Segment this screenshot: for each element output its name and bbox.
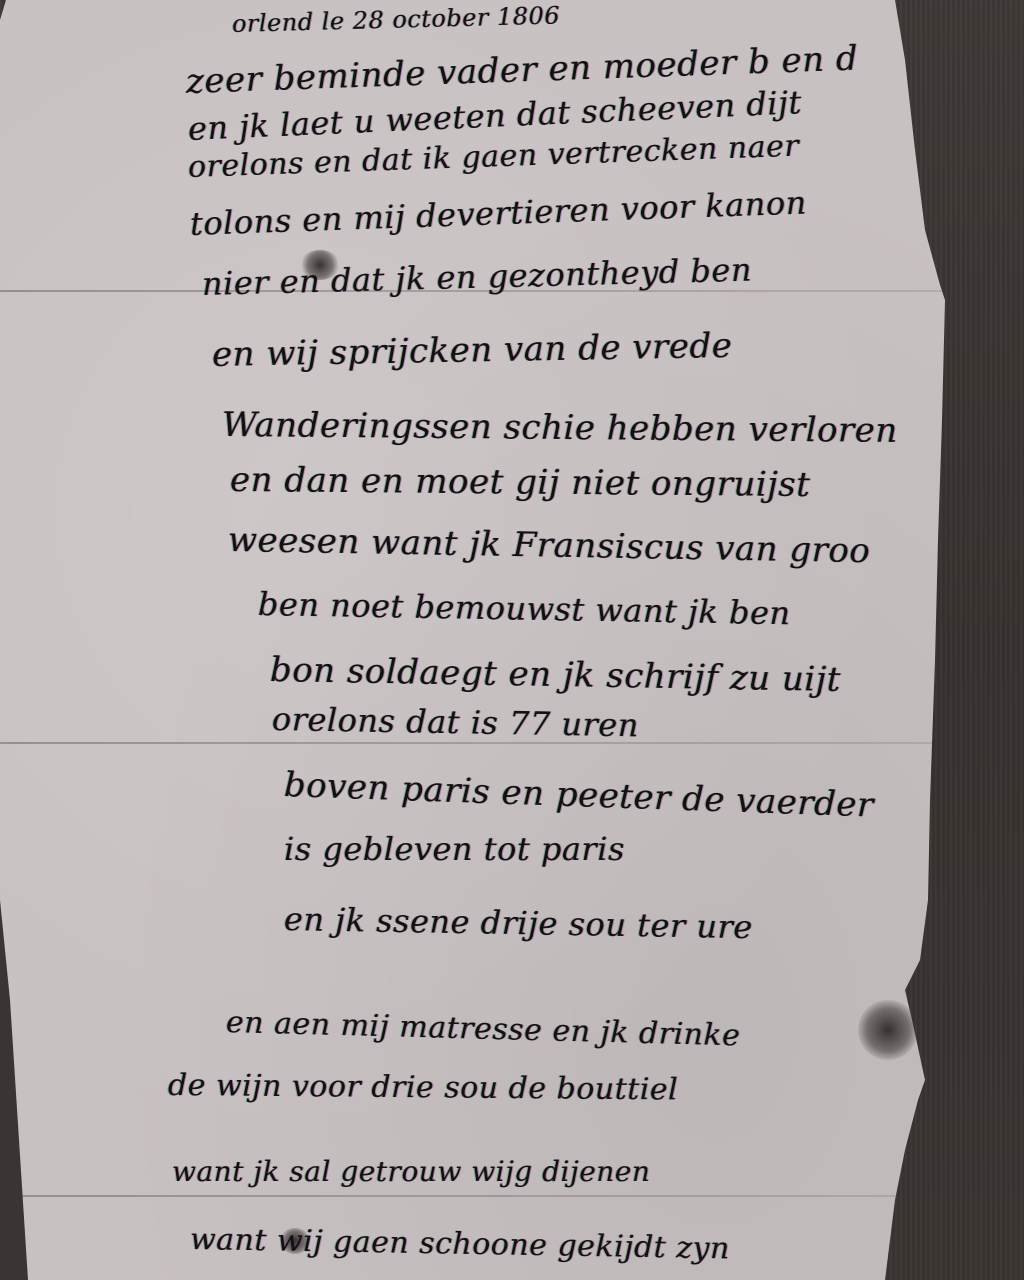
fold-crease bbox=[0, 1195, 945, 1197]
letter-line: want jk sal getrouw wijg dijenen bbox=[172, 1155, 650, 1188]
letter-line: nier en dat jk en gezontheyd ben bbox=[202, 251, 753, 303]
letter-line: want wij gaen schoone gekijdt zyn bbox=[190, 1222, 730, 1266]
letter-paper: orlend le 28 october 1806 zeer beminde v… bbox=[0, 0, 1024, 1280]
letter-line: Wanderingssen schie hebben verloren bbox=[222, 405, 898, 451]
letter-line: tolons en mij devertieren voor kanon bbox=[189, 183, 807, 243]
letter-line: weesen want jk Fransiscus van groo bbox=[228, 520, 871, 571]
letter-line-date: orlend le 28 october 1806 bbox=[232, 1, 561, 38]
letter-line: boven paris en peeter de vaerder bbox=[283, 765, 874, 826]
letter-line: en dan en moet gij niet ongruijst bbox=[230, 460, 811, 505]
letter-line: bon soldaegt en jk schrijf zu uijt bbox=[270, 650, 842, 700]
letter-line: orelons dat is 77 uren bbox=[272, 700, 640, 744]
letter-line: en wij sprijcken van de vrede bbox=[212, 326, 733, 375]
letter-line: en aen mij matresse en jk drinke bbox=[226, 1005, 741, 1053]
paper-damage bbox=[858, 1000, 918, 1060]
fold-crease bbox=[0, 742, 945, 744]
letter-line: is gebleven tot paris bbox=[284, 830, 625, 868]
letter-line: en jk ssene drije sou ter ure bbox=[284, 900, 753, 946]
letter-line: de wijn voor drie sou de bouttiel bbox=[168, 1068, 679, 1107]
letter-line: ben noet bemouwst want jk ben bbox=[258, 585, 791, 632]
